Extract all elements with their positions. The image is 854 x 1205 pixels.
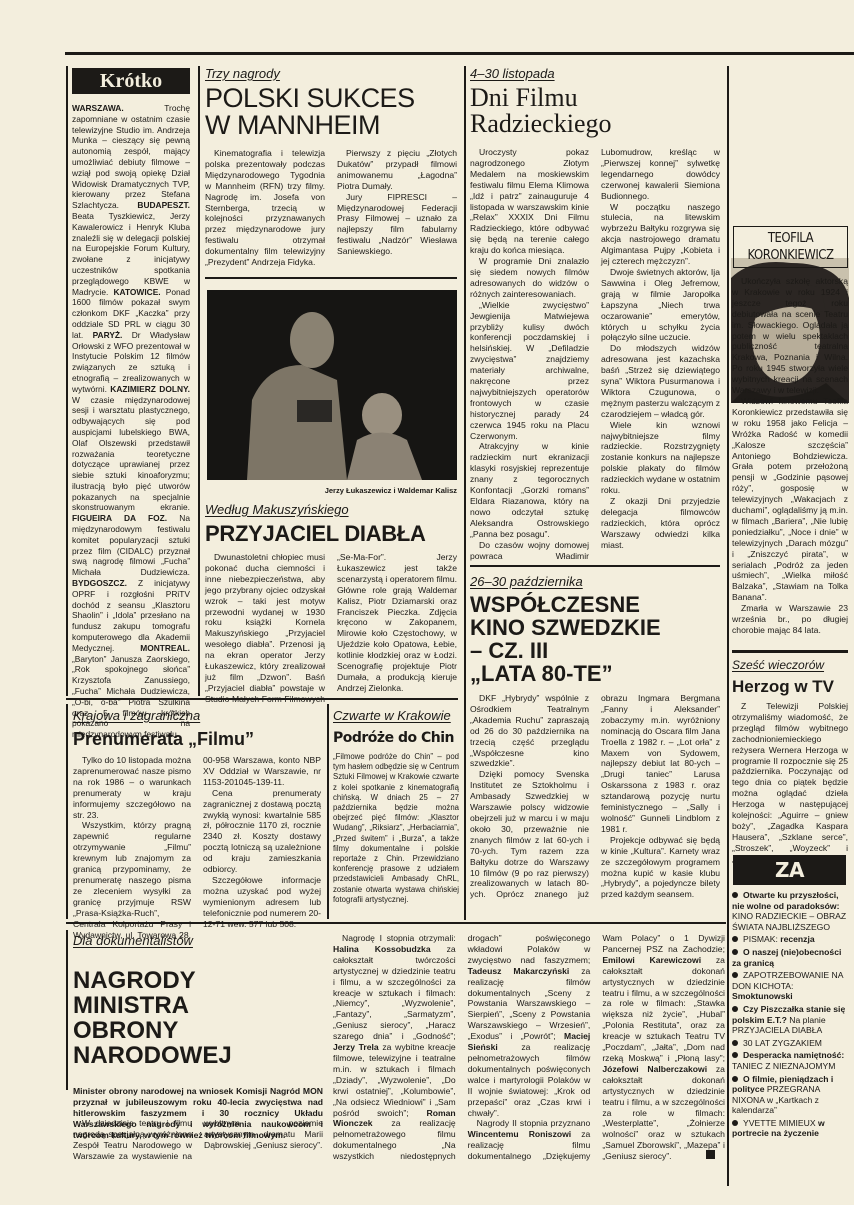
text: za realizację pełnometrażowych filmów do… — [468, 1042, 591, 1117]
paragraph: Kinematografia i telewizja polska prezen… — [205, 148, 325, 268]
paragraph: Dwoje świetnych aktorów, Ija Sawwina i O… — [601, 267, 720, 343]
chiny-article: Czwarte w Krakowie Podróże do Chin „Film… — [333, 708, 459, 905]
paragraph: „Filmowe podróże do Chin” – pod tym hasł… — [333, 752, 459, 905]
nagrody-body-continued: Nagrodę I stopnia otrzymali: Halina Koss… — [333, 933, 725, 1183]
text: Nagrodę I stopnia otrzymali: — [342, 933, 456, 943]
preview-item: O filmie, pieniądzach i polityce PRZEGRA… — [732, 1074, 848, 1116]
paragraph: Atrakcyjny w kinie radzieckim nurt ekran… — [470, 441, 589, 539]
paragraph: W początku naszego stulecia, na litewski… — [601, 202, 720, 267]
divider — [66, 922, 726, 924]
news-text: Beata Tyszkiewicz, Jerzy Kawalerowicz i … — [72, 211, 190, 297]
mannheim-article: Trzy nagrody POLSKI SUKCES W MANNHEIM Ki… — [205, 66, 457, 268]
dni-filmu-article: 4–30 listopada Dni Filmu Radzieckiego Ur… — [470, 66, 720, 577]
laureate-name: Józefowi Nalberczakowi — [602, 1064, 707, 1074]
laureate-name: Emilowi Karewiczowi — [602, 955, 701, 965]
text: za całokształt twórczości artystycznej w… — [333, 944, 456, 1041]
article-body: Kinematografia i telewizja polska prezen… — [205, 148, 457, 268]
preview-item: 30 LAT ZYGZAKIEM — [732, 1038, 848, 1049]
herzog-article: Sześć wieczorów Herzog w TV Z Telewizji … — [732, 658, 848, 865]
preview-item: O naszej (nie)obecności za granicą — [732, 947, 848, 968]
nagrody-article: Dla dokumentalistów NAGRODY MINISTRA OBR… — [73, 933, 323, 1141]
paragraph: Wiele kin wznowi najwybitniejsze filmy r… — [601, 420, 720, 496]
item-text: PISMAK: — [743, 934, 780, 944]
krotko-banner: Krótko — [72, 68, 190, 94]
item-text: YVETTE MIMIEUX — [743, 1118, 818, 1128]
headline-line: KINO SZWEDZKIE — [470, 616, 720, 639]
city-label: MONTREAL. — [140, 643, 190, 653]
divider — [464, 560, 466, 920]
city-label: PARYŻ. — [93, 330, 123, 340]
headline: Podróże do Chin — [333, 727, 459, 749]
divider — [732, 650, 848, 653]
headline: NAGRODY MINISTRA OBRONY NARODOWEJ — [73, 968, 323, 1068]
nagrody-body-start: W dziedzinie teatru i filmu nagrodą spec… — [73, 1118, 323, 1178]
headline-line: „LATA 80-TE” — [470, 662, 720, 685]
divider — [66, 930, 68, 1090]
bullet-icon — [732, 1006, 738, 1012]
paragraph: Dwunastoletni chłopiec musi pokonać duch… — [205, 552, 457, 705]
text: za realizację filmów dokumentalnych „Sce… — [468, 966, 591, 1041]
preview-item: YVETTE MIMIEUX w portrecie na życzenie — [732, 1118, 848, 1139]
bullet-icon — [732, 949, 738, 955]
krotko-text: WARSZAWA. Trochę zapomniane w ostatnim c… — [72, 103, 190, 740]
film-still-photo — [207, 290, 457, 480]
headline: POLSKI SUKCES W MANNHEIM — [205, 85, 457, 139]
bullet-icon — [732, 892, 738, 898]
krotko-body: WARSZAWA. Trochę zapomniane w ostatnim c… — [72, 103, 190, 740]
obituary-body: Ukończyła szkołę aktorską w Krakowie w r… — [732, 276, 848, 636]
laureate-name: Tadeusz Makarczyński — [468, 966, 570, 976]
article-body: Dwunastoletni chłopiec musi pokonać duch… — [205, 552, 457, 705]
paragraph: Z Telewizji Polskiej otrzymaliśmy wiadom… — [732, 701, 848, 865]
kicker: Trzy nagrody — [205, 66, 457, 81]
item-bold: Desperacka namiętność: — [743, 1050, 844, 1060]
laureate-name: Wincentemu Roniszowi — [468, 1129, 572, 1139]
end-of-article-square-icon — [706, 1150, 715, 1159]
item-text: KINO RADZIECKIE – OBRAZ ŚWIATA NAJBLIŻSZ… — [732, 911, 846, 932]
headline: Prenumerata „Filmu” — [73, 727, 321, 751]
preview-item: Otwarte ku przyszłości, nie wolne od par… — [732, 890, 848, 932]
text: Nagrody II stopnia przyznano — [477, 1118, 591, 1128]
divider — [198, 66, 200, 696]
photo-caption: Jerzy Łukaszewicz i Waldemar Kalisz — [207, 486, 457, 495]
divider — [66, 698, 458, 700]
paragraph: Pierwszy z pięciu „Złotych Dukatów” przy… — [337, 148, 457, 192]
paragraph: Do młodszych widzów adresowana jest kaza… — [601, 343, 720, 419]
paragraph: Zmarła w Warszawie 23 września br., po d… — [732, 603, 848, 636]
headline: Dni Filmu Radzieckiego — [470, 85, 720, 137]
kicker: Sześć wieczorów — [732, 658, 848, 672]
paragraph: Cena prenumeraty zagranicznej z dostawą … — [203, 788, 321, 875]
kicker: 4–30 listopada — [470, 66, 720, 81]
divider — [727, 66, 729, 1186]
paragraph: Jury FIPRESCI – Międzynarodowej Federacj… — [337, 192, 457, 257]
krotko-section: Krótko WARSZAWA. Trochę zapomniane w ost… — [72, 68, 190, 740]
text: za całokształt dokonań artystycznych w d… — [602, 955, 725, 1063]
paragraph: DKF „Hybrydy” wspólnie z Ośrodkiem Teatr… — [470, 693, 589, 769]
headline: PRZYJACIEL DIABŁA — [205, 521, 457, 547]
divider — [470, 565, 720, 567]
headline: Herzog w TV — [732, 676, 848, 698]
kicker: 26–30 października — [470, 574, 720, 589]
city-label: KATOWICE. — [113, 287, 160, 297]
item-text: ZAPOTRZEBOWANIE NA DON KICHOTA: — [732, 970, 843, 991]
preview-item: PISMAK: recenzja — [732, 934, 848, 945]
divider — [66, 704, 68, 919]
kicker: Według Makuszyńskiego — [205, 502, 457, 517]
szwedzkie-article: 26–30 października WSPÓŁCZESNE KINO SZWE… — [470, 574, 720, 900]
article-body: Tylko do 10 listopada można zaprenumerow… — [73, 755, 321, 940]
paragraph: Tylko do 10 listopada można zaprenumerow… — [73, 755, 191, 820]
photo-figures — [207, 290, 457, 480]
city-label: KAZIMIERZ DOLNY. — [110, 384, 190, 394]
paragraph: „Wielkie zwycięstwo” Jewgienija Matwieje… — [470, 300, 589, 442]
za-tydzien-list: Otwarte ku przyszłości, nie wolne od par… — [732, 890, 848, 1141]
paragraph: Ukończyła szkołę aktorską w Krakowie w r… — [732, 276, 848, 396]
article-body: Z Telewizji Polskiej otrzymaliśmy wiadom… — [732, 701, 848, 865]
article-body: „Filmowe podróże do Chin” – pod tym hasł… — [333, 752, 459, 905]
city-label: FIGUEIRA DA FOZ. — [72, 513, 167, 523]
divider — [327, 704, 329, 919]
headline-line: Dni Filmu — [470, 85, 720, 111]
paragraph: Uroczysty pokaz nagrodzonego Złotym Meda… — [470, 147, 589, 256]
bullet-icon — [732, 1052, 738, 1058]
obituary-nameplate: TEOFILA KORONKIEWICZ — [733, 226, 848, 268]
item-bold: O naszej (nie)obecności za granicą — [732, 947, 841, 968]
news-text: Z inicjatywy OPRF i rozgłośni PRiTV doch… — [72, 578, 190, 653]
text: za wybitne kreacje filmowe, telewizyjne … — [333, 1042, 456, 1117]
bullet-icon — [732, 936, 738, 942]
item-bold: recenzja — [780, 934, 814, 944]
headline-line: OBRONY NARODOWEJ — [73, 1018, 323, 1068]
kicker: Czwarte w Krakowie — [333, 708, 459, 723]
diabel-article: Według Makuszyńskiego PRZYJACIEL DIABŁA … — [205, 502, 457, 705]
headline-line: MINISTRA — [73, 993, 323, 1018]
item-bold: Smoktunowski — [732, 991, 793, 1001]
headline-line: NAGRODY — [73, 968, 323, 993]
preview-item: Czy Piszczałka stanie się polskim E.T.? … — [732, 1004, 848, 1036]
headline-line: WSPÓŁCZESNE — [470, 593, 720, 616]
headline-line: – CZ. III — [470, 639, 720, 662]
preview-item: ZAPOTRZEBOWANIE NA DON KICHOTA: Smoktuno… — [732, 970, 848, 1002]
top-rule — [65, 52, 854, 55]
text: za całokształt dokonań artystycznych w d… — [602, 1064, 725, 1161]
preview-item: Desperacka namiętność: TANIEC Z NIEZNAJO… — [732, 1050, 848, 1071]
kicker: Krajowa i zagraniczna — [73, 708, 321, 723]
city-label: BUDAPESZT. — [137, 200, 190, 210]
bullet-icon — [732, 1076, 738, 1082]
laureate-name: Halina Kossobudzka — [333, 944, 431, 954]
prenumerata-article: Krajowa i zagraniczna Prenumerata „Filmu… — [73, 708, 321, 940]
divider — [205, 277, 457, 279]
paragraph: Projekcje odbywać się będą w kinie „Kult… — [601, 835, 720, 900]
city-label: WARSZAWA. — [72, 103, 124, 113]
divider — [66, 66, 68, 696]
headline-line: W MANNHEIM — [205, 112, 457, 139]
article-body: Uroczysty pokaz nagrodzonego Złotym Meda… — [470, 147, 720, 577]
paragraph: Widzowi kinowemu Teofila Koronkiewicz pr… — [732, 396, 848, 603]
bullet-icon — [732, 1120, 738, 1126]
kicker: Dla dokumentalistów — [73, 933, 323, 948]
paragraph: W dziedzinie teatru i filmu nagrodą spec… — [73, 1118, 323, 1162]
headline-line: POLSKI SUKCES — [205, 85, 457, 112]
news-text: W czasie międzynarodowej sesji i warszta… — [72, 395, 190, 513]
item-text: 30 LAT ZYGZAKIEM — [743, 1038, 822, 1048]
laureate-name: Jerzy Trela — [333, 1042, 379, 1052]
item-text: TANIEC Z NIEZNAJOMYM — [732, 1061, 835, 1071]
item-bold: Otwarte ku przyszłości, nie wolne od par… — [732, 890, 839, 911]
headline: WSPÓŁCZESNE KINO SZWEDZKIE – CZ. III „LA… — [470, 593, 720, 685]
bullet-icon — [732, 972, 738, 978]
name-line: KORONKIEWICZ — [734, 247, 847, 264]
name-line: TEOFILA — [734, 230, 847, 247]
paragraph: Z okazji Dni przyjedzie delegacja filmow… — [601, 496, 720, 551]
bullet-icon — [732, 1040, 738, 1046]
za-tydzien-banner: ZA TYDZIEŃ — [733, 855, 846, 885]
article-body: DKF „Hybrydy” wspólnie z Ośrodkiem Teatr… — [470, 693, 720, 900]
headline-line: Radzieckiego — [470, 111, 720, 137]
paragraph: W programie Dni znalazło się siedem nowy… — [470, 256, 589, 300]
city-label: BYDGOSZCZ. — [72, 578, 127, 588]
news-text: Trochę zapomniane w ostatnim czasie tele… — [72, 103, 190, 210]
